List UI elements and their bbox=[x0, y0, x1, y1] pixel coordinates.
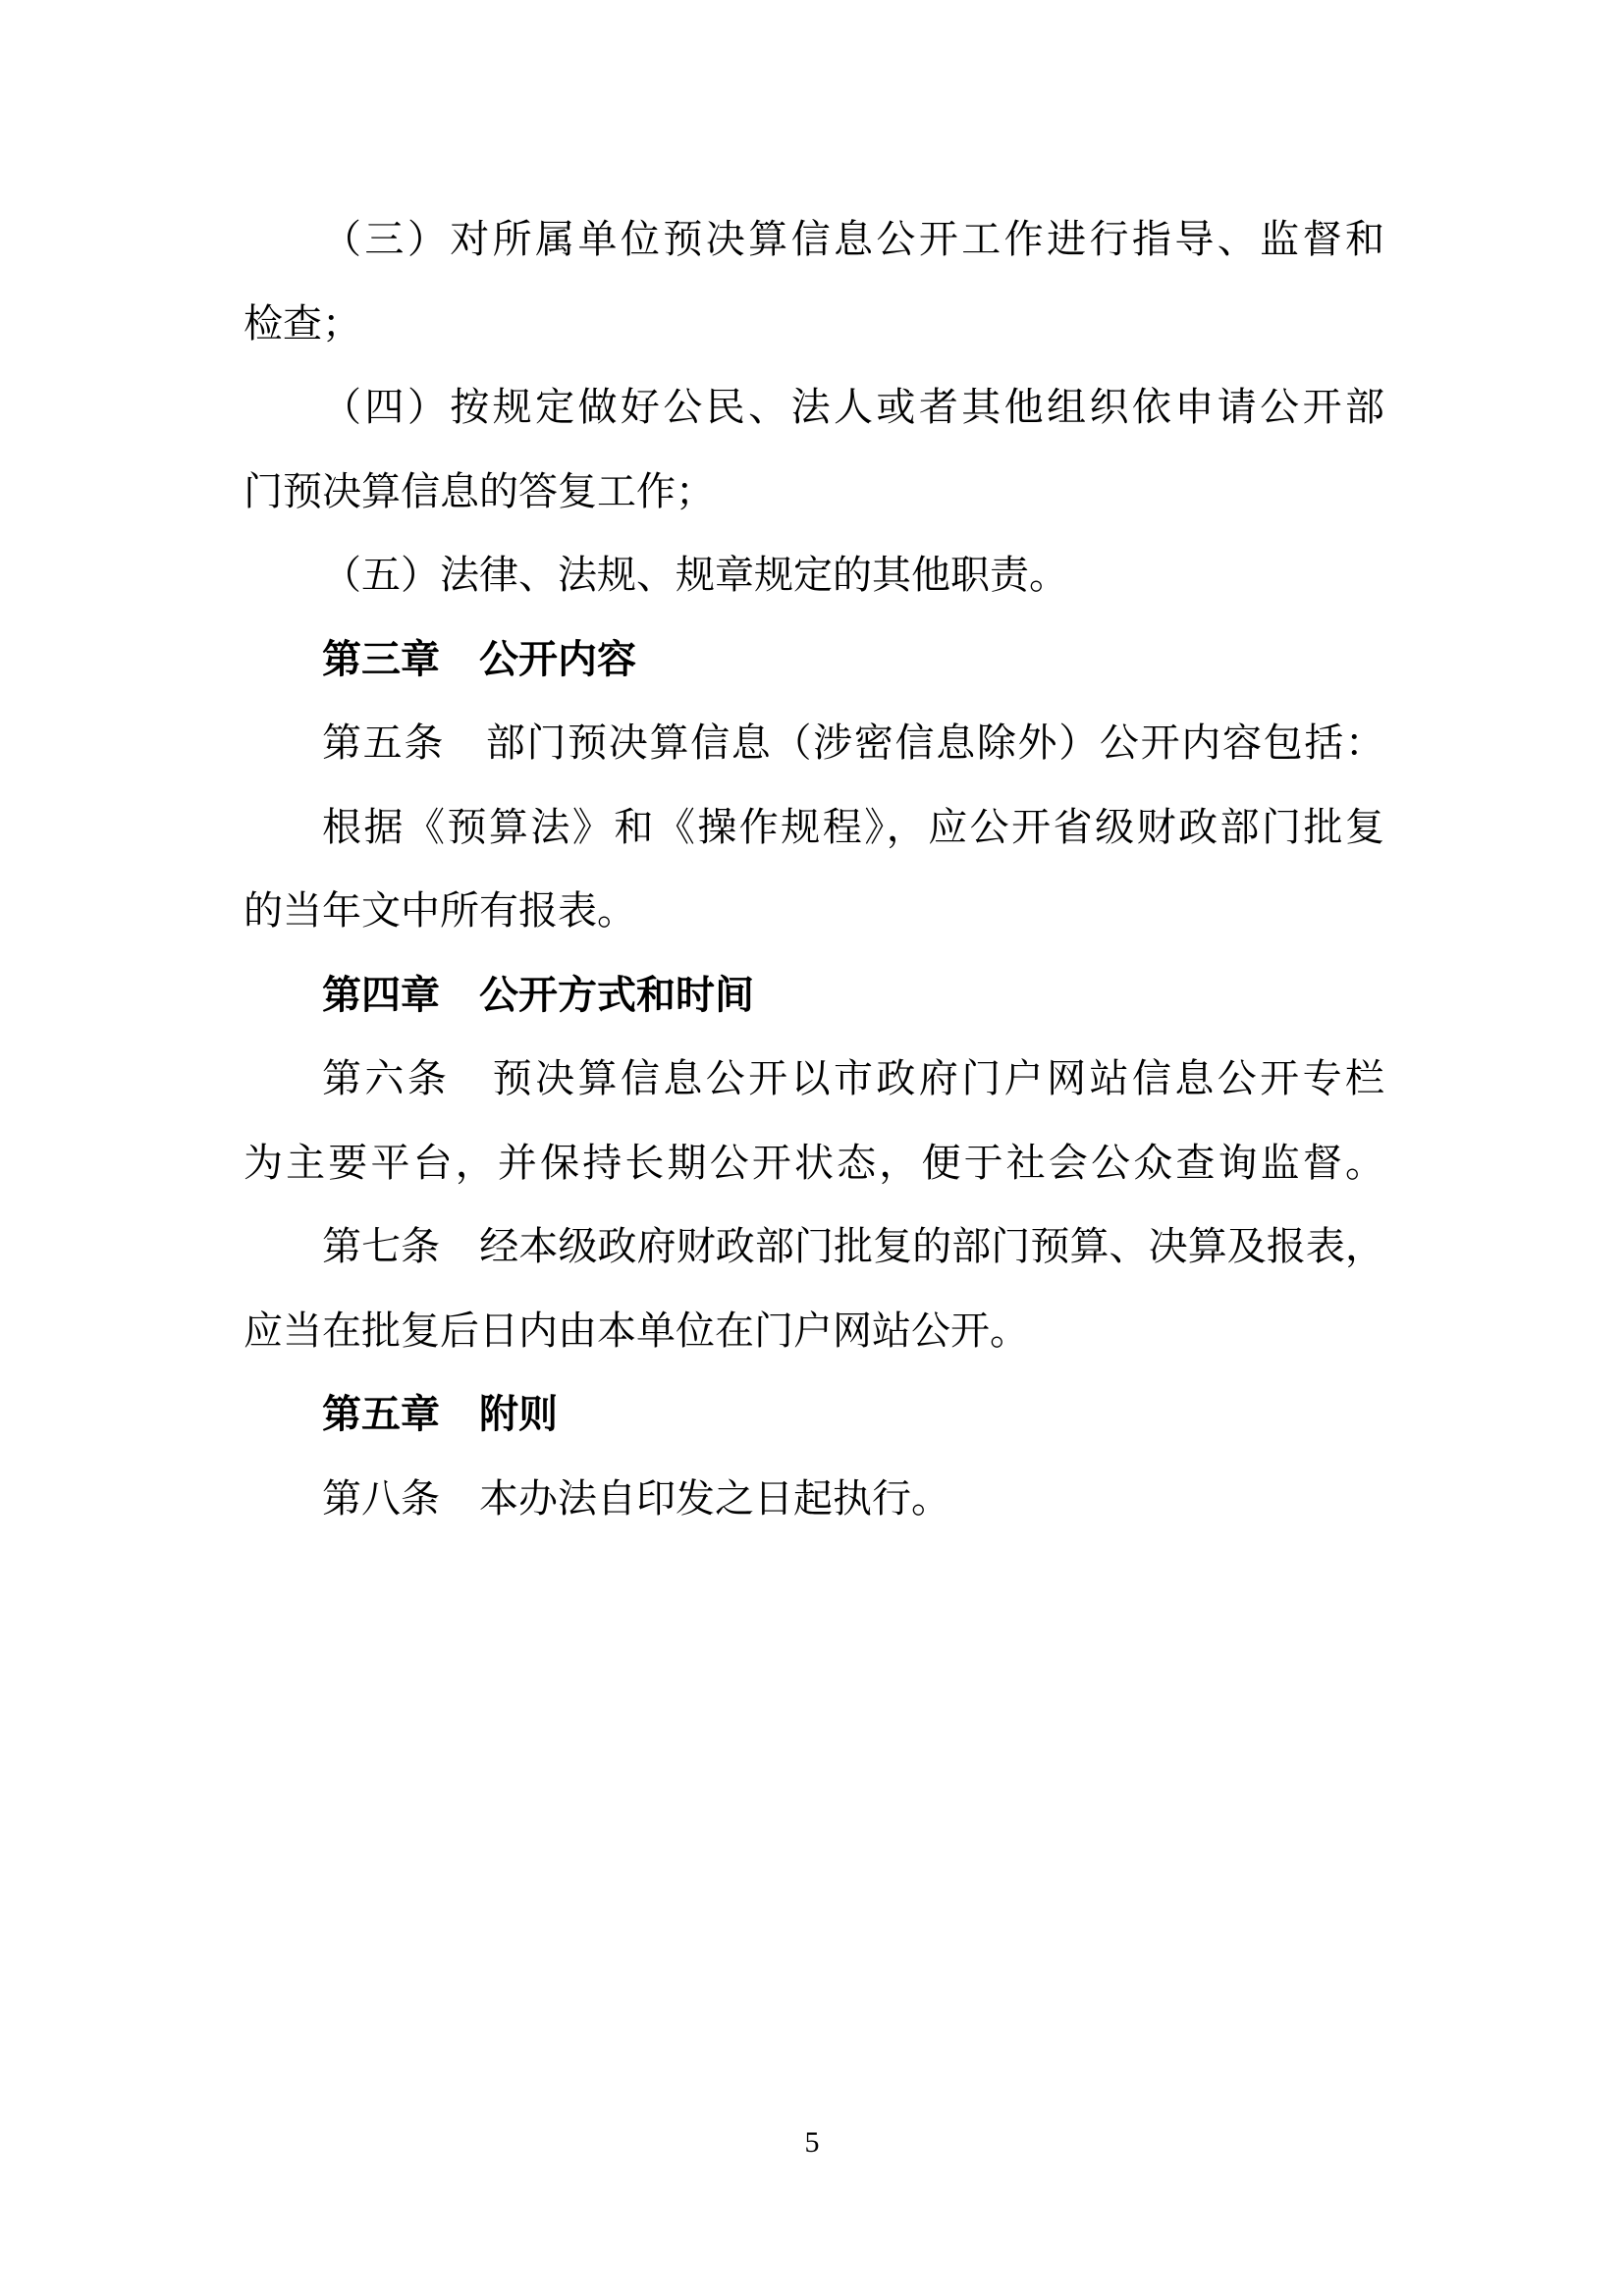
article-seven-line1: 第七条 经本级政府财政部门批复的部门预算、决算及报表， bbox=[244, 1204, 1384, 1289]
article-seven-line2: 应当在批复后日内由本单位在门户网站公开。 bbox=[244, 1289, 1384, 1373]
clause-four-line1: （四）按规定做好公民、法人或者其他组织依申请公开部 bbox=[244, 365, 1384, 450]
article-five-para2-line2: 的当年文中所有报表。 bbox=[244, 869, 1384, 953]
document-body: （三）对所属单位预决算信息公开工作进行指导、监督和 检查； （四）按规定做好公民… bbox=[244, 197, 1384, 1540]
clause-five: （五）法律、法规、规章规定的其他职责。 bbox=[244, 533, 1384, 617]
article-five-line1: 第五条 部门预决算信息（涉密信息除外）公开内容包括： bbox=[244, 701, 1384, 785]
page-number: 5 bbox=[805, 2126, 820, 2159]
article-five-para2-line1: 根据《预算法》和《操作规程》，应公开省级财政部门批复 bbox=[244, 785, 1384, 870]
page-footer: 5 bbox=[0, 2127, 1624, 2159]
clause-three-line1: （三）对所属单位预决算信息公开工作进行指导、监督和 bbox=[244, 197, 1384, 282]
document-page: （三）对所属单位预决算信息公开工作进行指导、监督和 检查； （四）按规定做好公民… bbox=[0, 0, 1624, 2296]
article-six-line1: 第六条 预决算信息公开以市政府门户网站信息公开专栏 bbox=[244, 1037, 1384, 1121]
chapter-four-heading: 第四章 公开方式和时间 bbox=[244, 953, 1384, 1038]
article-six-line2: 为主要平台，并保持长期公开状态，便于社会公众查询监督。 bbox=[244, 1121, 1384, 1205]
chapter-three-heading: 第三章 公开内容 bbox=[244, 617, 1384, 702]
article-eight: 第八条 本办法自印发之日起执行。 bbox=[244, 1457, 1384, 1541]
clause-four-line2: 门预决算信息的答复工作； bbox=[244, 450, 1384, 534]
chapter-five-heading: 第五章 附则 bbox=[244, 1372, 1384, 1457]
clause-three-line2: 检查； bbox=[244, 282, 1384, 366]
